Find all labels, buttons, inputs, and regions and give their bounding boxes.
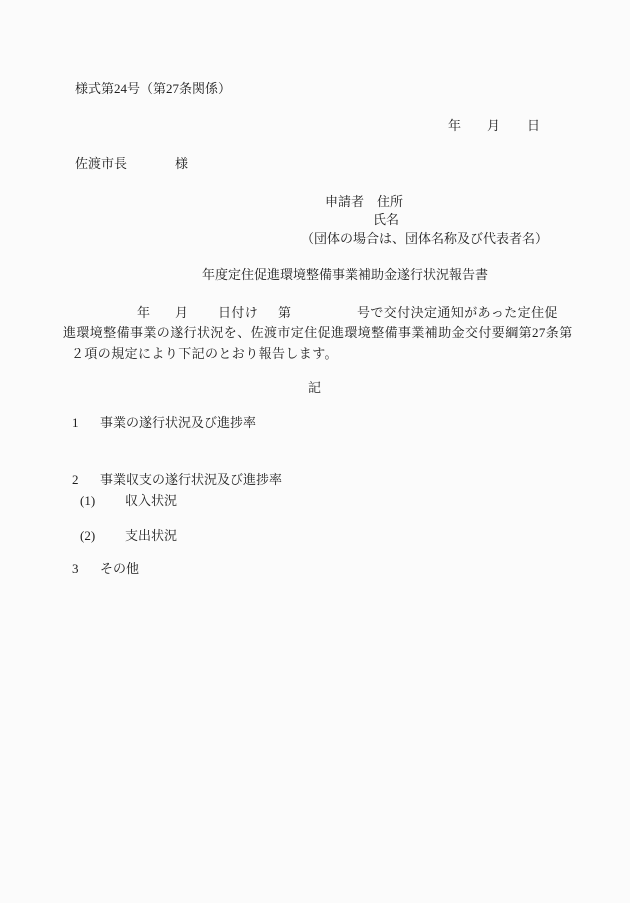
sub-item-1-label: 収入状況 [125,493,177,509]
applicant-group-note: （団体の場合は、団体名称及び代表者名） [301,231,548,247]
item-1-number: 1 [72,415,79,431]
body-blank-month: 月 [175,305,188,321]
sub-item-2: (2) 支出状況 [80,528,480,544]
item-2-number: 2 [72,472,79,488]
form-number: 様式第24号（第27条関係） [75,81,231,97]
item-1-label: 事業の遂行状況及び進捗率 [100,415,256,431]
body-number-prefix: 第 [278,305,291,321]
applicant-name-label: 氏名 [373,212,399,228]
applicant-line: 申請者 住所 [0,194,630,258]
sub-item-1-number: (1) [80,493,95,509]
date-year-label: 年 [448,118,461,134]
sub-item-1: (1) 収入状況 [80,493,480,509]
document-title: 年度定住促進環境整備事業補助金遂行状況報告書 [202,267,488,283]
applicant-address-label: 住所 [377,194,403,210]
date-month-label: 月 [487,118,500,134]
body-line-2: 進環境整備事業の遂行状況を、佐渡市定住促進環境整備事業補助金交付要綱第27条第 [63,325,573,341]
sub-item-2-number: (2) [80,528,95,544]
addressee-honorific: 様 [175,156,188,172]
item-2-label: 事業収支の遂行状況及び進捗率 [100,472,282,488]
body-blank-day: 日付け [218,305,258,321]
item-3-number: 3 [72,561,79,577]
document-page: 様式第24号（第27条関係） 年 月 日 佐渡市長 様 申請者 住所 氏名 （団… [0,0,630,903]
item-3: 3 その他 [72,561,472,577]
item-2: 2 事業収支の遂行状況及び進捗率 [72,472,472,488]
sub-item-2-label: 支出状況 [125,528,177,544]
item-3-label: その他 [100,561,139,577]
body-line-1-rest: 号で交付決定通知があった定住促 [357,305,558,321]
applicant-label: 申請者 [325,194,364,210]
body-line-3: ２項の規定により下記のとおり報告します。 [71,346,338,362]
date-day-label: 日 [527,118,540,134]
body-blank-year: 年 [137,305,150,321]
record-marker: 記 [308,380,321,396]
addressee-name: 佐渡市長 [75,156,127,172]
item-1: 1 事業の遂行状況及び進捗率 [72,415,472,431]
